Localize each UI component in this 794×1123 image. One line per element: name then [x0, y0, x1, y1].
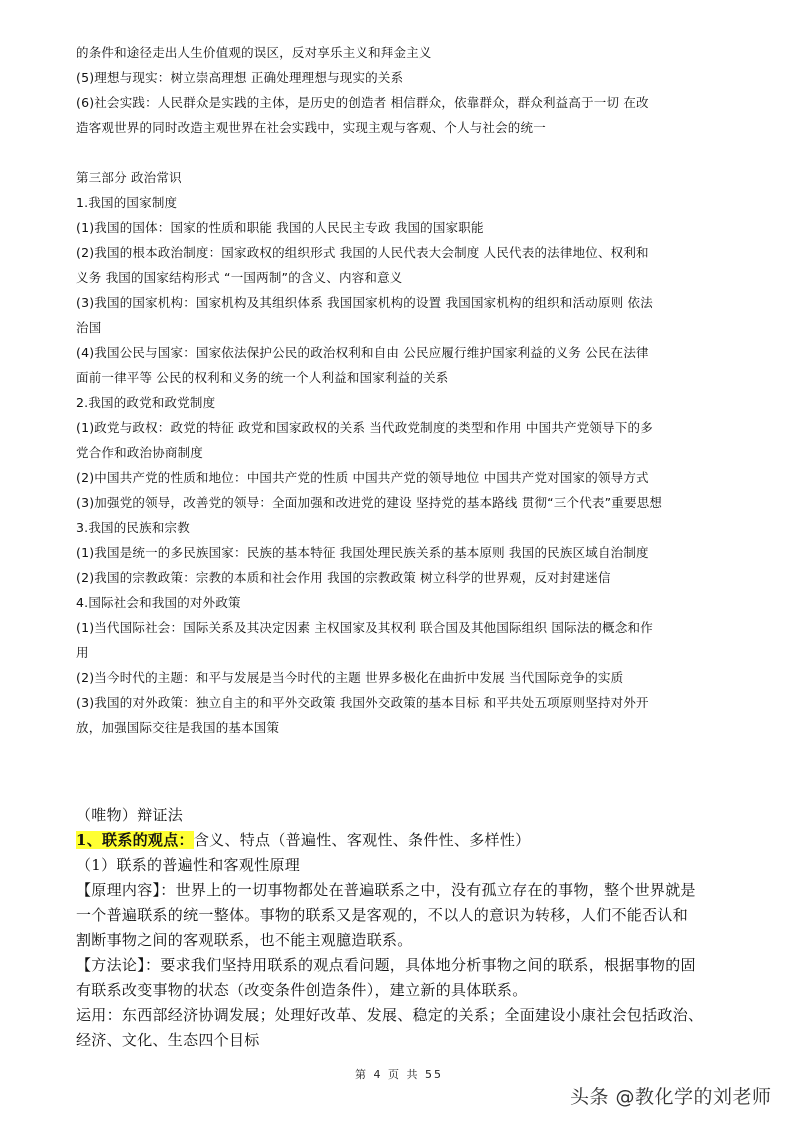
heading-ethnic-religion: 3.我国的民族和宗教	[76, 515, 726, 540]
page-number: 第 4 页 共 55	[355, 1066, 443, 1082]
heading-state-system: 1.我国的国家制度	[76, 190, 726, 215]
text-line: (1)我国的国体：国家的性质和职能 我国的人民民主专政 我国的国家职能	[76, 215, 726, 240]
text-line: 用	[76, 640, 726, 665]
text-line: (5)理想与现实：树立崇高理想 正确处理理想与现实的关系	[76, 65, 726, 90]
text-line: 割断事物之间的客观联系，也不能主观臆造联系。	[76, 928, 726, 953]
watermark: 头条 @教化学的刘老师	[570, 1082, 772, 1109]
text-line: 运用：东西部经济协调发展；处理好改革、发展、稳定的关系；全面建设小康社会包括政治…	[76, 1003, 726, 1028]
text-line: (2)我国的宗教政策：宗教的本质和社会作用 我国的宗教政策 树立科学的世界观，反…	[76, 565, 726, 590]
text-line: 造客观世界的同时改造主观世界在社会实践中，实现主观与客观、个人与社会的统一	[76, 115, 726, 140]
text-line: 一个普遍联系的统一整体。事物的联系又是客观的，不以人的意识为转移，人们不能否认和	[76, 903, 726, 928]
text-line: (3)加强党的领导，改善党的领导：全面加强和改进党的建设 坚持党的基本路线 贯彻…	[76, 490, 726, 515]
text-line: 有联系改变事物的状态（改变条件创造条件），建立新的具体联系。	[76, 978, 726, 1003]
section-title: 第三部分 政治常识	[76, 165, 726, 190]
highlighted-heading: 1、联系的观点：	[76, 831, 194, 849]
section-dialectics: （唯物）辩证法 1、联系的观点：含义、特点（普遍性、客观性、条件性、多样性） （…	[76, 803, 726, 1053]
text-line: 经济、文化、生态四个目标	[76, 1028, 726, 1053]
section-life-values: 的条件和途径走出人生价值观的误区，反对享乐主义和拜金主义 (5)理想与现实：树立…	[76, 40, 726, 140]
text-line: (6)社会实践：人民群众是实践的主体，是历史的创造者 相信群众，依靠群众，群众利…	[76, 90, 726, 115]
text-line: 党合作和政治协商制度	[76, 440, 726, 465]
text-line: (1)我国是统一的多民族国家：民族的基本特征 我国处理民族关系的基本原则 我国的…	[76, 540, 726, 565]
text-line: (1)政党与政权：政党的特征 政党和国家政权的关系 当代政党制度的类型和作用 中…	[76, 415, 726, 440]
section-politics: 第三部分 政治常识 1.我国的国家制度 (1)我国的国体：国家的性质和职能 我国…	[76, 165, 726, 740]
text-line: 【方法论】：要求我们坚持用联系的观点看问题，具体地分析事物之间的联系，根据事物的…	[76, 953, 726, 978]
subheading: （1）联系的普遍性和客观性原理	[76, 853, 726, 878]
text-line: (3)我国的对外政策：独立自主的和平外交政策 我国外交政策的基本目标 和平共处五…	[76, 690, 726, 715]
text-line: (4)我国公民与国家：国家依法保护公民的政治权利和自由 公民应履行维护国家利益的…	[76, 340, 726, 365]
text-line: 义务 我国的国家结构形式 “一国两制”的含义、内容和意义	[76, 265, 726, 290]
point-description: 含义、特点（普遍性、客观性、条件性、多样性）	[194, 831, 531, 849]
text-line: 的条件和途径走出人生价值观的误区，反对享乐主义和拜金主义	[76, 40, 726, 65]
text-line: 【原理内容】：世界上的一切事物都处在普遍联系之中，没有孤立存在的事物，整个世界就…	[76, 878, 726, 903]
point-heading: 1、联系的观点：含义、特点（普遍性、客观性、条件性、多样性）	[76, 828, 726, 853]
text-line: 面前一律平等 公民的权利和义务的统一个人利益和国家利益的关系	[76, 365, 726, 390]
text-line: (2)当今时代的主题：和平与发展是当今时代的主题 世界多极化在曲折中发展 当代国…	[76, 665, 726, 690]
section-title: （唯物）辩证法	[76, 803, 726, 828]
heading-foreign-policy: 4.国际社会和我国的对外政策	[76, 590, 726, 615]
text-line: (2)中国共产党的性质和地位：中国共产党的性质 中国共产党的领导地位 中国共产党…	[76, 465, 726, 490]
text-line: (2)我国的根本政治制度：国家政权的组织形式 我国的人民代表大会制度 人民代表的…	[76, 240, 726, 265]
text-line: (1)当代国际社会：国际关系及其决定因素 主权国家及其权利 联合国及其他国际组织…	[76, 615, 726, 640]
text-line: (3)我国的国家机构：国家机构及其组织体系 我国国家机构的设置 我国国家机构的组…	[76, 290, 726, 315]
heading-parties: 2.我国的政党和政党制度	[76, 390, 726, 415]
text-line: 治国	[76, 315, 726, 340]
text-line: 放，加强国际交往是我国的基本国策	[76, 715, 726, 740]
